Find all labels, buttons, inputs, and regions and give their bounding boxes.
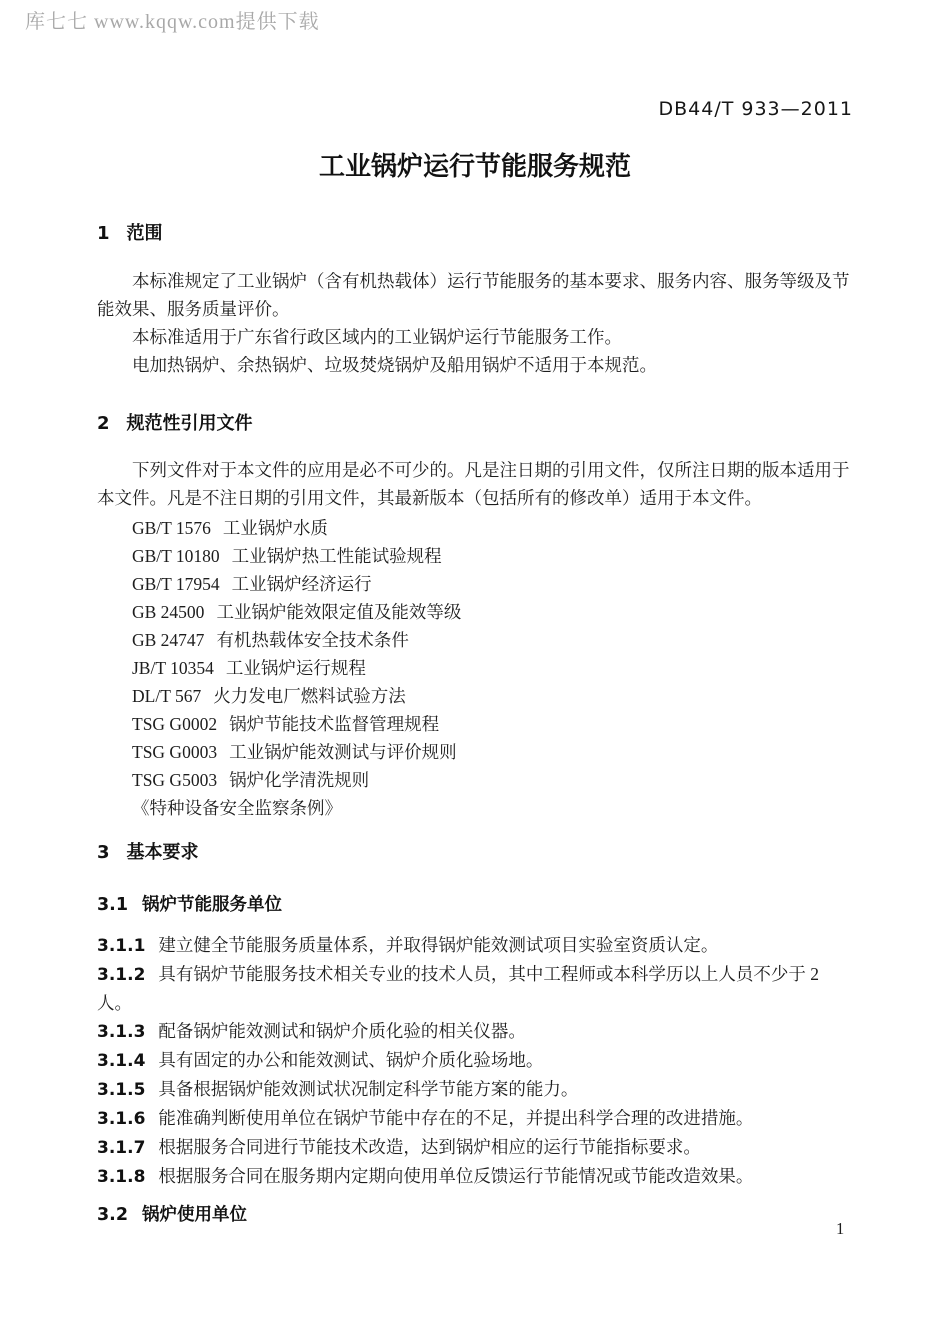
clause-number: 3.1.2 bbox=[97, 965, 145, 985]
subsection-number: 3.2 bbox=[97, 1205, 128, 1225]
clause-text: 建立健全节能服务质量体系，并取得锅炉能效测试项目实验室资质认定。 bbox=[158, 935, 718, 955]
scope-paragraph: 本标准规定了工业锅炉（含有机热载体）运行节能服务的基本要求、服务内容、服务等级及… bbox=[97, 267, 853, 323]
subsection-title: 锅炉节能服务单位 bbox=[142, 895, 282, 915]
clause-text: 具有锅炉节能服务技术相关专业的技术人员，其中工程师或本科学历以上人员不少于 2 … bbox=[97, 964, 819, 1013]
clause-number: 3.1.6 bbox=[97, 1109, 145, 1129]
document-title: 工业锅炉运行节能服务规范 bbox=[97, 150, 853, 184]
reference-code: GB/T 10180 bbox=[132, 546, 220, 566]
reference-code: GB/T 17954 bbox=[132, 574, 220, 594]
reference-item: GB/T 1576工业锅炉水质 bbox=[132, 514, 853, 542]
subsection-3-1-heading: 3.1锅炉节能服务单位 bbox=[97, 893, 853, 917]
clause-item: 3.1.6能准确判断使用单位在锅炉节能中存在的不足，并提出科学合理的改进措施。 bbox=[97, 1104, 853, 1133]
reference-code: JB/T 10354 bbox=[132, 658, 214, 678]
reference-code: GB 24500 bbox=[132, 602, 204, 622]
reference-code: TSG G5003 bbox=[132, 770, 217, 790]
watermark-text: 库七七 www.kqqw.com提供下载 bbox=[25, 10, 320, 34]
subsection-title: 锅炉使用单位 bbox=[142, 1205, 247, 1225]
reference-item: TSG G0003工业锅炉能效测试与评价规则 bbox=[132, 738, 853, 766]
clause-number: 3.1.7 bbox=[97, 1138, 145, 1158]
clause-item: 3.1.4具有固定的办公和能效测试、锅炉介质化验场地。 bbox=[97, 1046, 853, 1075]
reference-item: GB 24500工业锅炉能效限定值及能效等级 bbox=[132, 598, 853, 626]
reference-title: 有机热载体安全技术条件 bbox=[216, 630, 409, 650]
subsection-number: 3.1 bbox=[97, 895, 128, 915]
section-3-heading: 3基本要求 bbox=[97, 841, 853, 865]
section-title: 基本要求 bbox=[127, 842, 199, 863]
reference-code: TSG G0002 bbox=[132, 714, 217, 734]
reference-title: 工业锅炉热工性能试验规程 bbox=[232, 546, 442, 566]
reference-item: GB 24747有机热载体安全技术条件 bbox=[132, 626, 853, 654]
reference-title: 《特种设备安全监察条例》 bbox=[132, 798, 342, 818]
reference-code: DL/T 567 bbox=[132, 686, 201, 706]
reference-item: TSG G0002锅炉节能技术监督管理规程 bbox=[132, 710, 853, 738]
section-number: 1 bbox=[97, 223, 110, 244]
document-page: 库七七 www.kqqw.com提供下载 DB44/T 933—2011 工业锅… bbox=[0, 0, 950, 1344]
clause-number: 3.1.5 bbox=[97, 1080, 145, 1100]
reference-item: 《特种设备安全监察条例》 bbox=[132, 794, 853, 822]
clause-item: 3.1.2具有锅炉节能服务技术相关专业的技术人员，其中工程师或本科学历以上人员不… bbox=[97, 960, 853, 1017]
page-content: DB44/T 933—2011 工业锅炉运行节能服务规范 1范围 本标准规定了工… bbox=[97, 0, 853, 1227]
clause-text: 根据服务合同进行节能技术改造，达到锅炉相应的运行节能指标要求。 bbox=[158, 1137, 701, 1157]
reference-title: 工业锅炉能效限定值及能效等级 bbox=[216, 602, 461, 622]
reference-title: 火力发电厂燃料试验方法 bbox=[213, 686, 406, 706]
clause-number: 3.1.8 bbox=[97, 1167, 145, 1187]
clause-text: 根据服务合同在服务期内定期向使用单位反馈运行节能情况或节能改造效果。 bbox=[158, 1166, 753, 1186]
reference-title: 工业锅炉能效测试与评价规则 bbox=[229, 742, 457, 762]
section-number: 2 bbox=[97, 413, 110, 434]
clause-item: 3.1.8根据服务合同在服务期内定期向使用单位反馈运行节能情况或节能改造效果。 bbox=[97, 1162, 853, 1191]
clause-text: 能准确判断使用单位在锅炉节能中存在的不足，并提出科学合理的改进措施。 bbox=[158, 1108, 753, 1128]
references-intro: 下列文件对于本文件的应用是必不可少的。凡是注日期的引用文件，仅所注日期的版本适用… bbox=[97, 456, 853, 512]
clause-number: 3.1.4 bbox=[97, 1051, 145, 1071]
reference-code: GB/T 1576 bbox=[132, 518, 211, 538]
clause-text: 具备根据锅炉能效测试状况制定科学节能方案的能力。 bbox=[158, 1079, 578, 1099]
reference-item: GB/T 17954工业锅炉经济运行 bbox=[132, 570, 853, 598]
clause-list: 3.1.1建立健全节能服务质量体系，并取得锅炉能效测试项目实验室资质认定。 3.… bbox=[97, 931, 853, 1191]
reference-title: 工业锅炉运行规程 bbox=[226, 658, 366, 678]
reference-title: 工业锅炉经济运行 bbox=[232, 574, 372, 594]
clause-text: 配备锅炉能效测试和锅炉介质化验的相关仪器。 bbox=[158, 1021, 526, 1041]
clause-number: 3.1.1 bbox=[97, 936, 145, 956]
reference-title: 工业锅炉水质 bbox=[223, 518, 328, 538]
reference-item: JB/T 10354工业锅炉运行规程 bbox=[132, 654, 853, 682]
clause-number: 3.1.3 bbox=[97, 1022, 145, 1042]
reference-title: 锅炉化学清洗规则 bbox=[229, 770, 369, 790]
section-title: 规范性引用文件 bbox=[127, 413, 253, 434]
clause-item: 3.1.7根据服务合同进行节能技术改造，达到锅炉相应的运行节能指标要求。 bbox=[97, 1133, 853, 1162]
reference-code: GB 24747 bbox=[132, 630, 204, 650]
clause-item: 3.1.5具备根据锅炉能效测试状况制定科学节能方案的能力。 bbox=[97, 1075, 853, 1104]
section-number: 3 bbox=[97, 842, 110, 863]
clause-item: 3.1.3配备锅炉能效测试和锅炉介质化验的相关仪器。 bbox=[97, 1017, 853, 1046]
reference-item: GB/T 10180工业锅炉热工性能试验规程 bbox=[132, 542, 853, 570]
clause-item: 3.1.1建立健全节能服务质量体系，并取得锅炉能效测试项目实验室资质认定。 bbox=[97, 931, 853, 960]
section-title: 范围 bbox=[127, 223, 163, 244]
scope-paragraph: 电加热锅炉、余热锅炉、垃圾焚烧锅炉及船用锅炉不适用于本规范。 bbox=[97, 351, 853, 379]
reference-title: 锅炉节能技术监督管理规程 bbox=[229, 714, 439, 734]
section-2-heading: 2规范性引用文件 bbox=[97, 412, 853, 436]
reference-code: TSG G0003 bbox=[132, 742, 217, 762]
scope-paragraph: 本标准适用于广东省行政区域内的工业锅炉运行节能服务工作。 bbox=[97, 323, 853, 351]
references-list: GB/T 1576工业锅炉水质 GB/T 10180工业锅炉热工性能试验规程 G… bbox=[97, 514, 853, 822]
subsection-3-2-heading: 3.2锅炉使用单位 bbox=[97, 1203, 853, 1227]
reference-item: DL/T 567火力发电厂燃料试验方法 bbox=[132, 682, 853, 710]
reference-item: TSG G5003锅炉化学清洗规则 bbox=[132, 766, 853, 794]
section-1-heading: 1范围 bbox=[97, 222, 853, 246]
page-number: 1 bbox=[836, 1219, 844, 1239]
clause-text: 具有固定的办公和能效测试、锅炉介质化验场地。 bbox=[158, 1050, 543, 1070]
